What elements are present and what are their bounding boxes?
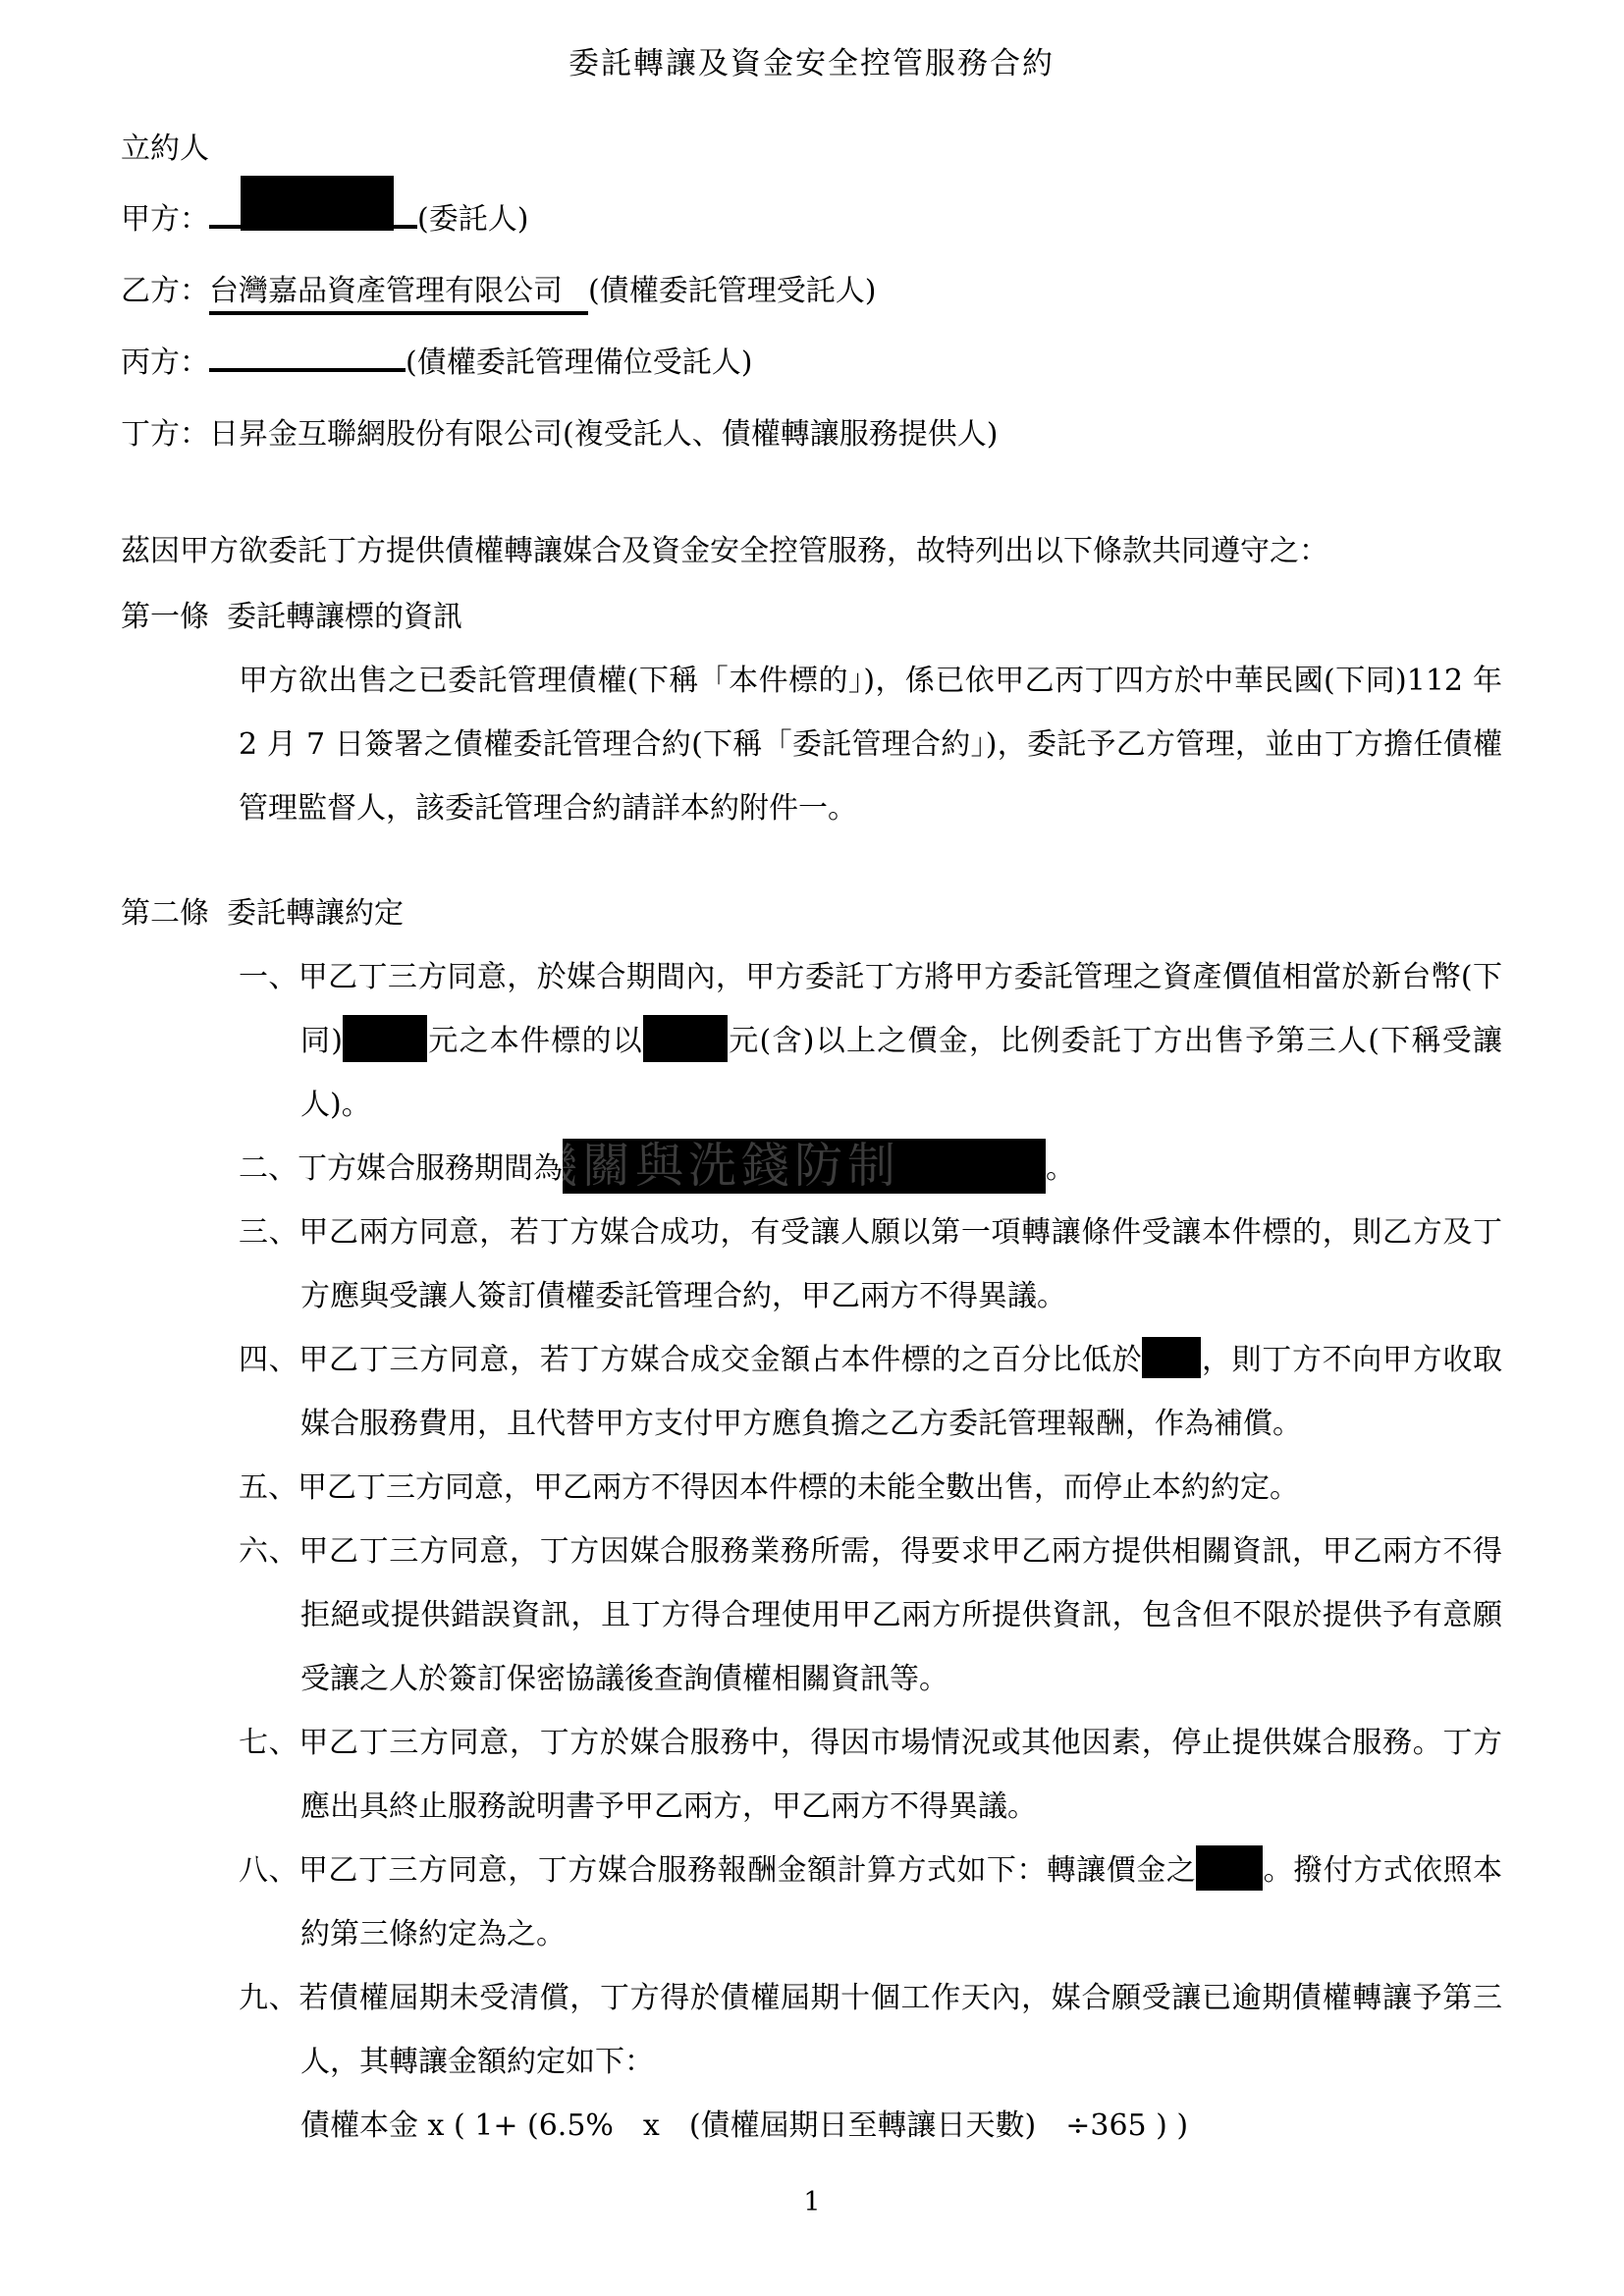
party-c-label: 丙方： (121, 346, 209, 380)
item-text: 若債權屆期未受清償，丁方得於債權屆期十個工作天內，媒合願受讓已逾期債權轉讓予第三… (298, 1981, 1502, 2079)
clause-item: 一、甲乙丁三方同意，於媒合期間內，甲方委託丁方將甲方委託管理之資產價值相當於新台… (239, 945, 1502, 1137)
article1-title: 委託轉讓標的資訊 (227, 600, 462, 634)
clause-item: 七、甲乙丁三方同意，丁方於媒合服務中，得因市場情況或其他因素，停止提供媒合服務。… (239, 1711, 1502, 1839)
item-text: 債權本金 x ( 1+ (6.5% x (債權屆期日至轉讓日天數) ÷365 )… (300, 2109, 1188, 2143)
item-text: 甲乙丁三方同意，丁方於媒合服務中，得因市場情況或其他因素，停止提供媒合服務。丁方… (298, 1726, 1502, 1824)
clause-item: 三、甲乙兩方同意，若丁方媒合成功，有受讓人願以第一項轉讓條件受讓本件標的，則乙方… (239, 1201, 1502, 1328)
clause-item: 五、甲乙丁三方同意，甲乙兩方不得因本件標的未能全數出售，而停止本約約定。 (239, 1456, 1502, 1520)
item-marker: 九、 (239, 1981, 298, 2015)
item-marker: 八、 (239, 1853, 298, 1888)
article2-title: 委託轉讓約定 (227, 896, 404, 931)
redaction-box (643, 1015, 728, 1062)
article2-number: 第二條 (121, 896, 209, 931)
redaction-box (343, 1015, 427, 1062)
clause-item: 二、丁方媒合服務期間為政府機關與洗錢防制。 (239, 1137, 1502, 1201)
redaction-box (1142, 1337, 1201, 1378)
item-text: 甲乙丁三方同意，若丁方媒合成交金額占本件標的之百分比低於 (298, 1343, 1142, 1377)
clause-item: 八、甲乙丁三方同意，丁方媒合服務報酬金額計算方式如下：轉讓價金之。撥付方式依照本… (239, 1839, 1502, 1966)
article1-heading: 第一條委託轉讓標的資訊 (121, 585, 1502, 649)
party-a-label: 甲方： (121, 202, 209, 237)
item-marker: 五、 (239, 1470, 298, 1505)
item-text: 甲乙兩方同意，若丁方媒合成功，有受讓人願以第一項轉讓條件受讓本件標的，則乙方及丁… (298, 1215, 1502, 1313)
contract-page: 委託轉讓及資金安全控管服務合約 立約人 甲方：(委託人) 乙方：台灣嘉品資產管理… (0, 0, 1624, 2296)
party-d-label: 丁方： (121, 417, 209, 452)
item-marker: 一、 (239, 960, 298, 994)
clause-item: 九、若債權屆期未受清償，丁方得於債權屆期十個工作天內，媒合願受讓已逾期債權轉讓予… (239, 1966, 1502, 2094)
party-b-suffix: (債權委託管理受託人) (588, 274, 876, 308)
party-b-name: 台灣嘉品資產管理有限公司 (209, 272, 588, 315)
party-b-label: 乙方： (121, 274, 209, 308)
party-a-line: 甲方：(委託人) (121, 184, 1502, 255)
item-text: 丁方媒合服務期間為 (298, 1151, 563, 1186)
item-marker: 六、 (239, 1534, 298, 1569)
parties-intro: 立約人 (121, 115, 1502, 184)
clause-item: 六、甲乙丁三方同意，丁方因媒合服務業務所需，得要求甲乙兩方提供相關資訊，甲乙兩方… (239, 1520, 1502, 1711)
article1-body: 甲方欲出售之已委託管理債權(下稱「本件標的」)，係已依甲乙丙丁四方於中華民國(下… (239, 649, 1502, 840)
redaction-box (241, 176, 394, 231)
redaction-box (1196, 1845, 1263, 1891)
party-d-line: 丁方：日昇金互聯網股份有限公司(複受託人、債權轉讓服務提供人) (121, 399, 1502, 470)
item-marker: 四、 (239, 1343, 298, 1377)
party-c-suffix: (債權委託管理備位受託人) (406, 346, 752, 380)
preamble-text: 茲因甲方欲委託丁方提供債權轉讓媒合及資金安全控管服務，故特列出以下條款共同遵守之… (121, 519, 1502, 583)
watermark-text: 政府機關與洗錢防制 (563, 1139, 900, 1194)
article1-number: 第一條 (121, 600, 209, 634)
party-b-line: 乙方：台灣嘉品資產管理有限公司 (債權委託管理受託人) (121, 255, 1502, 327)
item-marker: 二、 (239, 1151, 298, 1186)
item-marker: 七、 (239, 1726, 298, 1760)
article2-items: 一、甲乙丁三方同意，於媒合期間內，甲方委託丁方將甲方委託管理之資產價值相當於新台… (239, 945, 1502, 2158)
clause-item-continuation: 債權本金 x ( 1+ (6.5% x (債權屆期日至轉讓日天數) ÷365 )… (239, 2094, 1502, 2158)
party-c-line: 丙方：(債權委託管理備位受託人) (121, 327, 1502, 399)
document-title: 委託轉讓及資金安全控管服務合約 (121, 34, 1502, 93)
item-text: 甲乙丁三方同意，丁方媒合服務報酬金額計算方式如下：轉讓價金之 (298, 1853, 1196, 1888)
item-text: 。 (1046, 1151, 1075, 1186)
redaction-box: 政府機關與洗錢防制 (563, 1139, 1046, 1194)
article2-heading: 第二條委託轉讓約定 (121, 881, 1502, 945)
item-text: 甲乙丁三方同意，丁方因媒合服務業務所需，得要求甲乙兩方提供相關資訊，甲乙兩方不得… (298, 1534, 1502, 1696)
item-text: 甲乙丁三方同意，甲乙兩方不得因本件標的未能全數出售，而停止本約約定。 (298, 1470, 1299, 1505)
page-number: 1 (0, 2187, 1624, 2217)
party-c-blank (209, 327, 406, 372)
party-a-blank (209, 184, 417, 229)
party-a-suffix: (委託人) (417, 202, 528, 237)
item-text: 元之本件標的以 (427, 1024, 643, 1058)
party-d-name: 日昇金互聯網股份有限公司(複受託人、債權轉讓服務提供人) (209, 417, 998, 452)
item-marker: 三、 (239, 1215, 298, 1250)
clause-item: 四、甲乙丁三方同意，若丁方媒合成交金額占本件標的之百分比低於，則丁方不向甲方收取… (239, 1328, 1502, 1456)
